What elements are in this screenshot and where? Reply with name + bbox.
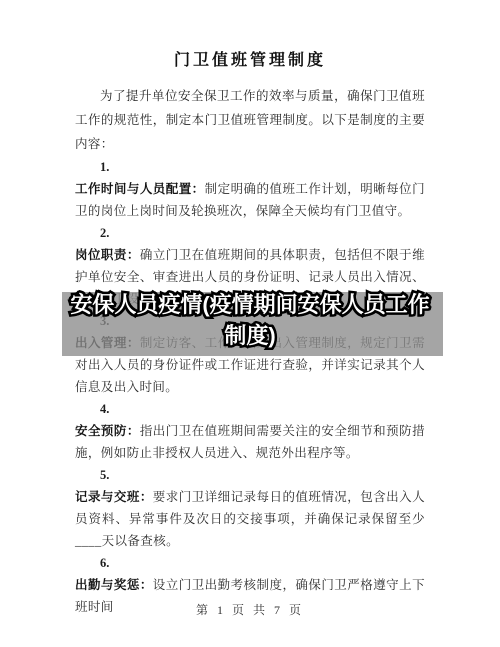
document-page: 门卫值班管理制度 为了提升单位安全保卫工作的效率与质量，确保门卫值班工作的规范性…: [0, 0, 500, 647]
section-heading: 工作时间与人员配置：: [75, 182, 205, 196]
section-heading: 岗位职责：: [75, 248, 140, 262]
section-2: 2. 岗位职责：确立门卫在值班期间的具体职责，包括但不限于维护单位安全、审查进出…: [0, 222, 500, 310]
section-number: 5.: [75, 464, 425, 486]
section-text: 安全预防：指出门卫在值班期间需要关注的安全细节和预防措施，例如防止非授权人员进入…: [75, 420, 425, 464]
section-1: 1. 工作时间与人员配置：制定明确的值班工作计划，明晰每位门卫的岗位上岗时间及轮…: [0, 156, 500, 222]
section-heading: 记录与交班：: [75, 490, 153, 504]
section-number: 6.: [75, 552, 425, 574]
section-number: 2.: [75, 222, 425, 244]
section-text: 记录与交班：要求门卫详细记录每日的值班情况，包含出入人员资料、异常事件及次日的交…: [75, 486, 425, 552]
page-footer: 第 1 页 共 7 页: [0, 603, 500, 618]
section-number: 1.: [75, 156, 425, 178]
section-number: 3.: [75, 310, 425, 332]
section-text: 出入管理：制定访客、工作人员的出入管理制度，规定门卫需对出入人员的身份证件或工作…: [75, 332, 425, 398]
section-text: 工作时间与人员配置：制定明确的值班工作计划，明晰每位门卫的岗位上岗时间及轮换班次…: [75, 178, 425, 222]
section-text: 岗位职责：确立门卫在值班期间的具体职责，包括但不限于维护单位安全、审查进出人员的…: [75, 244, 425, 310]
section-3: 3. 出入管理：制定访客、工作人员的出入管理制度，规定门卫需对出入人员的身份证件…: [0, 310, 500, 398]
section-number: 4.: [75, 398, 425, 420]
section-5: 5. 记录与交班：要求门卫详细记录每日的值班情况，包含出入人员资料、异常事件及次…: [0, 464, 500, 552]
section-4: 4. 安全预防：指出门卫在值班期间需要关注的安全细节和预防措施，例如防止非授权人…: [0, 398, 500, 464]
document-title: 门卫值班管理制度: [0, 0, 500, 72]
section-heading: 安全预防：: [75, 424, 140, 438]
section-heading: 出勤与奖惩：: [75, 578, 153, 592]
section-heading: 出入管理：: [75, 336, 140, 350]
intro-paragraph: 为了提升单位安全保卫工作的效率与质量，确保门卫值班工作的规范性，制定本门卫值班管…: [0, 84, 500, 156]
